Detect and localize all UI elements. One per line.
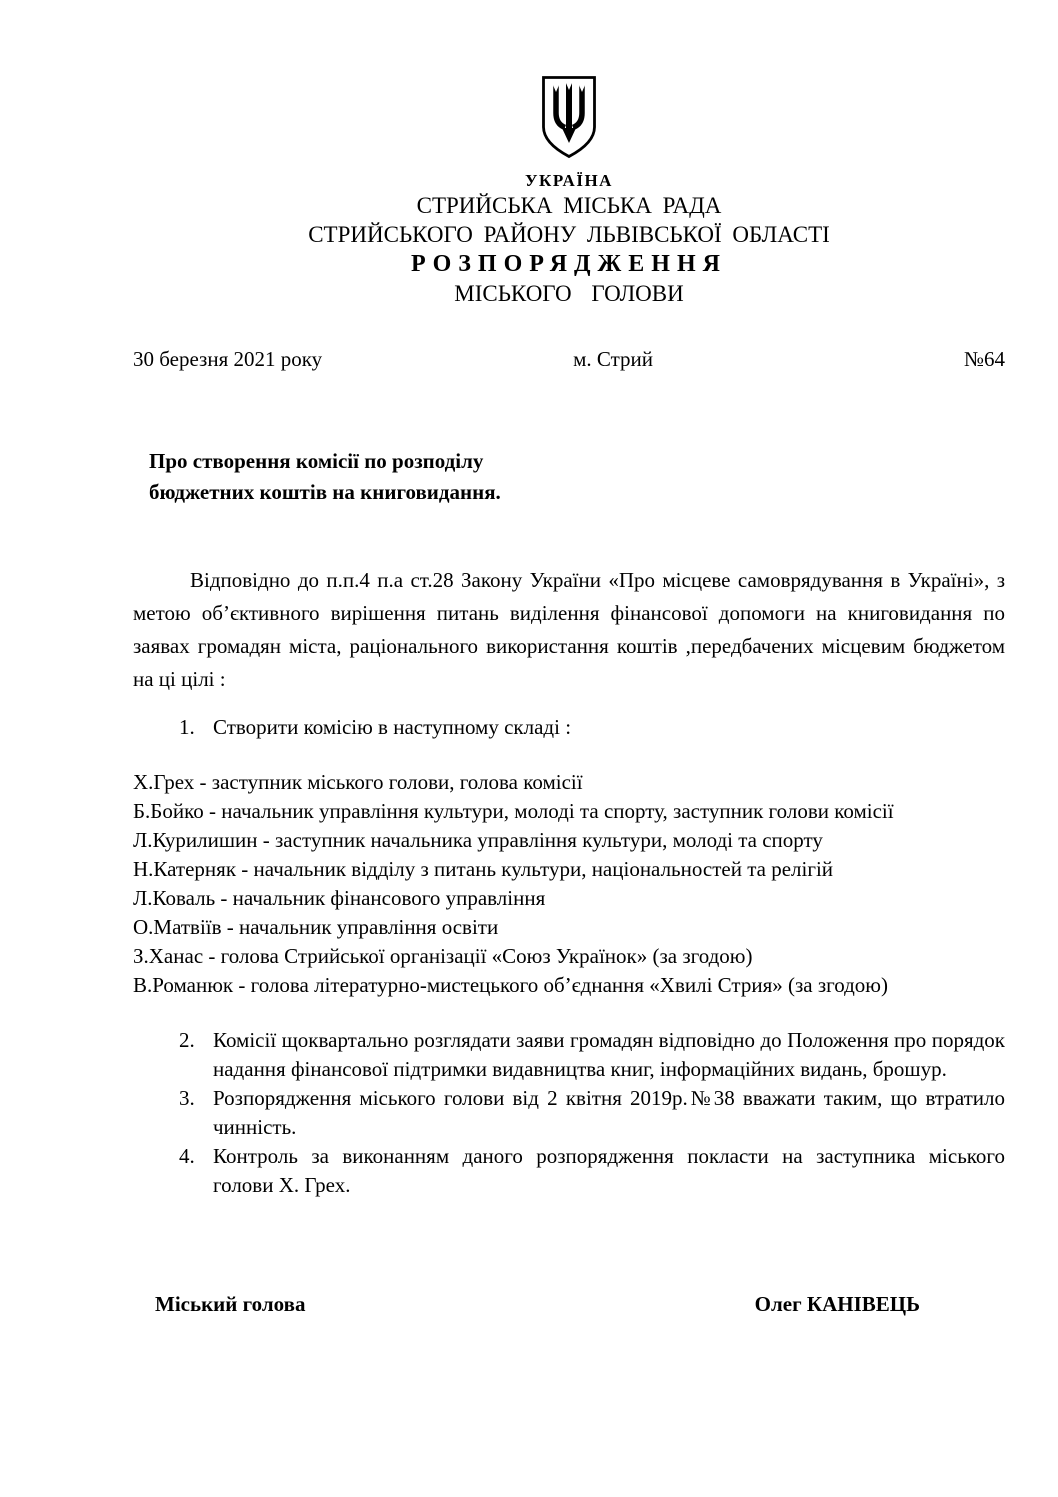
document-place: м. Стрий [322,347,904,372]
item-text: Комісії щоквартально розглядати заяви гр… [213,1028,1005,1081]
org-name-line2: СТРИЙСЬКОГО РАЙОНУ ЛЬВІВСЬКОЇ ОБЛАСТІ [133,220,1005,249]
document-type-title: РОЗПОРЯДЖЕННЯ [133,249,1005,279]
item-text: Контроль за виконанням даного розпорядже… [213,1144,1005,1197]
item-number: 4. [179,1142,195,1171]
ordered-item-1: 1. Створити комісію в наступному складі … [133,712,1005,742]
member-line: Н.Катерняк - начальник відділу з питань … [133,855,1005,884]
member-line: Б.Бойко - начальник управління культури,… [133,797,1005,826]
document-author-title: МІСЬКОГО ГОЛОВИ [133,279,1005,309]
member-line: Л.Курилишин - заступник начальника управ… [133,826,1005,855]
commission-members-list: Х.Грех - заступник міського голови, голо… [133,768,1005,1000]
member-line: З.Ханас - голова Стрийської організації … [133,942,1005,971]
date-row: 30 березня 2021 року м. Стрий №64 [133,347,1005,372]
item-text: Розпорядження міського голови від 2 квіт… [213,1086,1005,1139]
intro-paragraph: Відповідно до п.п.4 п.а ст.28 Закону Укр… [133,564,1005,696]
item-number: 1. [179,712,195,742]
member-line: О.Матвіїв - начальник управління освіти [133,913,1005,942]
item-number: 3. [179,1084,195,1113]
member-line: Х.Грех - заступник міського голови, голо… [133,768,1005,797]
item-text: Створити комісію в наступному складі : [213,715,571,739]
signature-title: Міський голова [155,1292,305,1317]
document-date: 30 березня 2021 року [133,347,322,372]
country-name: УКРАЇНА [133,171,1005,191]
document-page: УКРАЇНА СТРИЙСЬКА МІСЬКА РАДА СТРИЙСЬКОГ… [0,0,1058,1497]
ordered-item-3: 3. Розпорядження міського голови від 2 к… [133,1084,1005,1142]
subject-line-1: Про створення комісії по розподілу [149,446,1005,477]
document-header: УКРАЇНА СТРИЙСЬКА МІСЬКА РАДА СТРИЙСЬКОГ… [133,0,1005,309]
item-number: 2. [179,1026,195,1055]
ordered-items-block: 2. Комісії щоквартально розглядати заяви… [133,1026,1005,1200]
subject-line-2: бюджетних коштів на книговидання. [149,477,1005,508]
ordered-item-4: 4. Контроль за виконанням даного розпоря… [133,1142,1005,1200]
ukraine-coat-of-arms-icon [540,75,598,159]
org-name-line1: СТРИЙСЬКА МІСЬКА РАДА [133,191,1005,220]
signature-name: Олег КАНІВЕЦЬ [755,1292,920,1317]
ordered-item-2: 2. Комісії щоквартально розглядати заяви… [133,1026,1005,1084]
document-number: №64 [964,347,1005,372]
subject-block: Про створення комісії по розподілу бюдже… [149,446,1005,508]
member-line: Л.Коваль - начальник фінансового управлі… [133,884,1005,913]
member-line: В.Романюк - голова літературно-мистецько… [133,971,1005,1000]
signature-row: Міський голова Олег КАНІВЕЦЬ [133,1292,1005,1317]
